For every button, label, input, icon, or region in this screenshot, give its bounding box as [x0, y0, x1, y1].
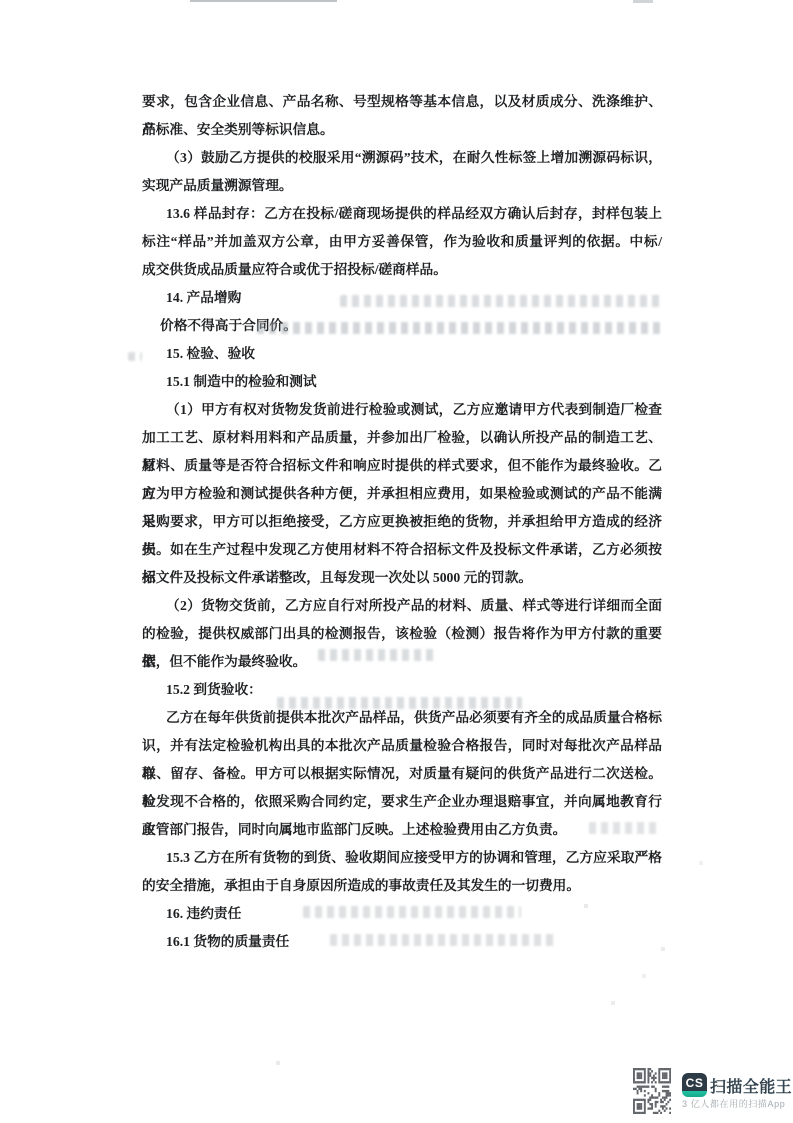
text-line: 应为甲方检验和测试提供各种方便，并承担相应费用，如果检验或测试的产品不能满足: [142, 480, 662, 508]
bleedthrough-smudge: [277, 697, 522, 709]
text-line: 主管部门报告，同时向属地市监部门反映。上述检验费用由乙方负责。: [142, 816, 662, 844]
bleedthrough-smudge: [128, 352, 142, 361]
text-line: 15. 检验、验收: [142, 340, 662, 368]
text-line: 15.3 乙方在所有货物的到货、验收期间应接受甲方的协调和管理，乙方应采取严格: [142, 844, 662, 872]
text-line: 的安全措施，承担由于自身原因所造成的事故责任及其发生的一切费用。: [142, 872, 662, 900]
text-line: 验发现不合格的，依照采购合同约定，要求生产企业办理退赔事宜，并向属地教育行政: [142, 788, 662, 816]
scan-noise-speckles: [0, 0, 2, 2]
text-line: （3）鼓励乙方提供的校服采用“溯源码”技术，在耐久性标签上增加溯源码标识，: [142, 144, 662, 172]
camscanner-logo-icon: CS: [682, 1073, 707, 1097]
text-line: 品标准、安全类别等标识信息。: [142, 116, 662, 144]
text-line: 标文件及投标文件承诺整改，且每发现一次处以 5000 元的罚款。: [142, 564, 662, 592]
text-line: 样、留存、备检。甲方可以根据实际情况，对质量有疑问的供货产品进行二次送检。检: [142, 760, 662, 788]
text-line: 识，并有法定检验机构出具的本批次产品质量检验合格报告，同时对每批次产品样品取: [142, 732, 662, 760]
bleedthrough-smudge: [589, 822, 661, 834]
camscanner-app-name: 扫描全能王: [710, 1074, 792, 1097]
scanned-document-page: 要求，包含企业信息、产品名称、号型规格等基本信息，以及材质成分、洗涤维护、产品标…: [0, 0, 793, 1123]
scan-edge-artifact: [633, 0, 653, 3]
qr-code: [633, 1068, 671, 1114]
text-line: （2）货物交货前，乙方应自行对所投产品的材料、质量、样式等进行详细而全面: [142, 592, 662, 620]
bleedthrough-smudge: [303, 906, 521, 918]
bleedthrough-smudge: [330, 934, 558, 946]
contract-text-block: 要求，包含企业信息、产品名称、号型规格等基本信息，以及材质成分、洗涤维护、产品标…: [142, 88, 662, 956]
text-line: 失。如在生产过程中发现乙方使用材料不符合招标文件及投标文件承诺，乙方必须按招: [142, 536, 662, 564]
text-line: 材料、质量等是否符合招标文件和响应时提供的样式要求，但不能作为最终验收。乙方: [142, 452, 662, 480]
bleedthrough-smudge: [318, 649, 436, 661]
text-line: 标注“样品”并加盖双方公章，由甲方妥善保管，作为验收和质量评判的依据。中标/: [142, 228, 662, 256]
text-line: 要求，包含企业信息、产品名称、号型规格等基本信息，以及材质成分、洗涤维护、产: [142, 88, 662, 116]
text-line: 加工工艺、原材料用料和产品质量，并参加出厂检验，以确认所投产品的制造工艺、原: [142, 424, 662, 452]
scan-edge-artifact: [190, 0, 337, 2]
bleedthrough-smudge: [257, 322, 660, 334]
text-line: （1）甲方有权对货物发货前进行检验或测试，乙方应邀请甲方代表到制造厂检查: [142, 396, 662, 424]
text-line: 15.1 制造中的检验和测试: [142, 368, 662, 396]
text-line: 采购要求，甲方可以拒绝接受，乙方应更换被拒绝的货物，并承担给甲方造成的经济损: [142, 508, 662, 536]
text-line: 实现产品质量溯源管理。: [142, 172, 662, 200]
text-line: 13.6 样品封存：乙方在投标/磋商现场提供的样品经双方确认后封存，封样包装上: [142, 200, 662, 228]
text-line: 成交供货成品质量应符合或优于招投标/磋商样品。: [142, 256, 662, 284]
text-line: 的检验，提供权威部门出具的检测报告，该检验（检测）报告将作为甲方付款的重要依: [142, 620, 662, 648]
camscanner-tagline: 3 亿人都在用的扫描App: [682, 1097, 785, 1110]
bleedthrough-smudge: [340, 295, 662, 307]
